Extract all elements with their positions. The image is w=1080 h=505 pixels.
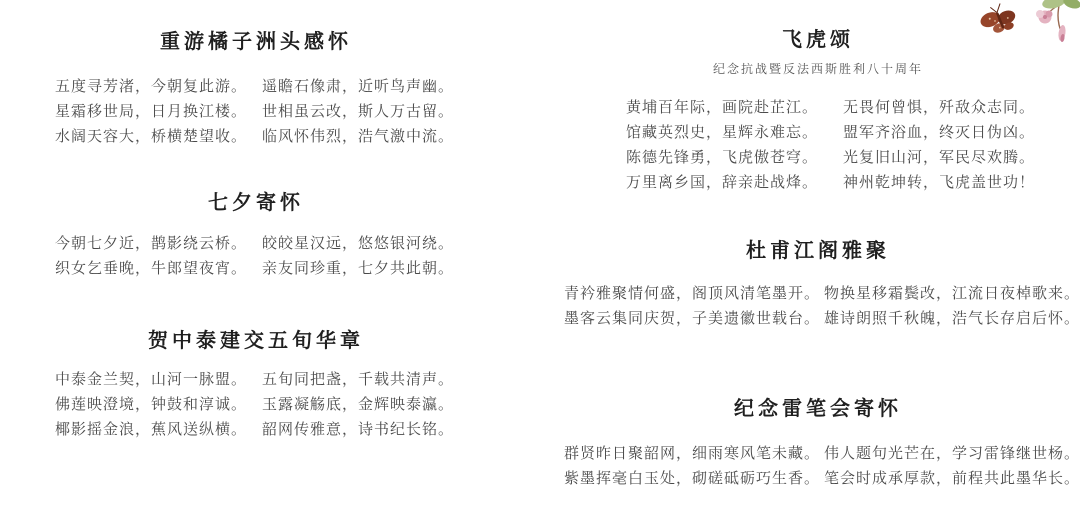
- verse-row: 墨客云集同庆贺，子美遗徽世载台。 雄诗朗照千秋魄，浩气长存启后怀。: [556, 306, 1080, 331]
- verse-phrase: 馆藏英烈史，星辉永难忘。: [626, 120, 843, 145]
- poem-verse: 群贤昨日聚韶网，细雨寒风笔未藏。 伟人题句光芒在，学习雷锋继世杨。 紫墨挥毫白玉…: [556, 441, 1080, 491]
- poem-title: 七夕寄怀: [40, 189, 472, 215]
- verse-phrase: 墨客云集同庆贺，子美遗徽世载台。: [564, 306, 824, 331]
- verse-row: 星霜移世局，日月换江楼。 世相虽云改，斯人万古留。: [40, 99, 472, 124]
- verse-phrase: 五度寻芳渚，今朝复此游。: [55, 74, 262, 99]
- verse-phrase: 星霜移世局，日月换江楼。: [55, 99, 262, 124]
- poetry-page: 重游橘子洲头感怀 五度寻芳渚，今朝复此游。 遥瞻石像肃，近听鸟声幽。 星霜移世局…: [0, 0, 1080, 505]
- verse-phrase: 物换星移霜鬓改，江流日夜棹歌来。: [824, 281, 1080, 306]
- verse-phrase: 水阔天容大，桥横楚望收。: [55, 124, 262, 149]
- verse-row: 中泰金兰契，山河一脉盟。 五旬同把盏，千载共清声。: [40, 367, 472, 392]
- poem-title: 杜甫江阁雅聚: [556, 237, 1080, 263]
- verse-phrase: 椰影摇金浪，蕉风送纵横。: [55, 417, 262, 442]
- verse-phrase: 今朝七夕近，鹊影绕云桥。: [55, 231, 262, 256]
- poem-verse: 今朝七夕近，鹊影绕云桥。 皎皎星汉远，悠悠银河绕。 织女乞垂晚，牛郎望夜宵。 亲…: [40, 231, 472, 281]
- verse-phrase: 群贤昨日聚韶网，细雨寒风笔未藏。: [564, 441, 824, 466]
- poem-title: 贺中泰建交五旬华章: [40, 327, 472, 353]
- poem-verse: 中泰金兰契，山河一脉盟。 五旬同把盏，千载共清声。 佛莲映澄境，钟鼓和淳诚。 玉…: [40, 367, 472, 442]
- verse-row: 黄埔百年际，画院赴芷江。 无畏何曾惧，歼敌众志同。: [556, 95, 1080, 120]
- verse-phrase: 中泰金兰契，山河一脉盟。: [55, 367, 262, 392]
- right-column: 飞虎颂 纪念抗战暨反法西斯胜利八十周年 黄埔百年际，画院赴芷江。 无畏何曾惧，歼…: [556, 0, 1080, 491]
- verse-phrase: 雄诗朗照千秋魄，浩气长存启后怀。: [824, 306, 1080, 331]
- verse-row: 青衿雅聚情何盛，阁顶风清笔墨开。 物换星移霜鬓改，江流日夜棹歌来。: [556, 281, 1080, 306]
- verse-phrase: 黄埔百年际，画院赴芷江。: [626, 95, 843, 120]
- verse-phrase: 陈德先锋勇，飞虎傲苍穹。: [626, 145, 843, 170]
- verse-phrase: 皎皎星汉远，悠悠银河绕。: [262, 231, 454, 256]
- verse-phrase: 青衿雅聚情何盛，阁顶风清笔墨开。: [564, 281, 824, 306]
- verse-phrase: 光复旧山河，军民尽欢腾。: [843, 145, 1035, 170]
- verse-phrase: 万里离乡国，辞亲赴战烽。: [626, 170, 843, 195]
- verse-row: 馆藏英烈史，星辉永难忘。 盟军齐浴血，终灭日伪凶。: [556, 120, 1080, 145]
- verse-phrase: 玉露凝觞底，金辉映泰瀛。: [262, 392, 454, 417]
- verse-row: 五度寻芳渚，今朝复此游。 遥瞻石像肃，近听鸟声幽。: [40, 74, 472, 99]
- verse-phrase: 亲友同珍重，七夕共此朝。: [262, 256, 454, 281]
- verse-phrase: 遥瞻石像肃，近听鸟声幽。: [262, 74, 454, 99]
- verse-row: 佛莲映澄境，钟鼓和淳诚。 玉露凝觞底，金辉映泰瀛。: [40, 392, 472, 417]
- verse-phrase: 盟军齐浴血，终灭日伪凶。: [843, 120, 1035, 145]
- verse-row: 陈德先锋勇，飞虎傲苍穹。 光复旧山河，军民尽欢腾。: [556, 145, 1080, 170]
- verse-row: 群贤昨日聚韶网，细雨寒风笔未藏。 伟人题句光芒在，学习雷锋继世杨。: [556, 441, 1080, 466]
- poem-verse: 黄埔百年际，画院赴芷江。 无畏何曾惧，歼敌众志同。 馆藏英烈史，星辉永难忘。 盟…: [556, 95, 1080, 195]
- poem-chongyou-juzizhou: 重游橘子洲头感怀 五度寻芳渚，今朝复此游。 遥瞻石像肃，近听鸟声幽。 星霜移世局…: [40, 28, 472, 149]
- verse-phrase: 世相虽云改，斯人万古留。: [262, 99, 454, 124]
- poem-verse: 青衿雅聚情何盛，阁顶风清笔墨开。 物换星移霜鬓改，江流日夜棹歌来。 墨客云集同庆…: [556, 281, 1080, 331]
- verse-row: 今朝七夕近，鹊影绕云桥。 皎皎星汉远，悠悠银河绕。: [40, 231, 472, 256]
- poem-zhongtai-jianjiao: 贺中泰建交五旬华章 中泰金兰契，山河一脉盟。 五旬同把盏，千载共清声。 佛莲映澄…: [40, 327, 472, 442]
- poem-title: 纪念雷笔会寄怀: [556, 395, 1080, 421]
- poem-title: 重游橘子洲头感怀: [40, 28, 472, 54]
- verse-phrase: 临风怀伟烈，浩气激中流。: [262, 124, 454, 149]
- verse-row: 椰影摇金浪，蕉风送纵横。 韶网传雅意，诗书纪长铭。: [40, 417, 472, 442]
- verse-phrase: 神州乾坤转，飞虎盖世功！: [843, 170, 1035, 195]
- verse-row: 织女乞垂晚，牛郎望夜宵。 亲友同珍重，七夕共此朝。: [40, 256, 472, 281]
- verse-phrase: 织女乞垂晚，牛郎望夜宵。: [55, 256, 262, 281]
- left-column: 重游橘子洲头感怀 五度寻芳渚，今朝复此游。 遥瞻石像肃，近听鸟声幽。 星霜移世局…: [40, 0, 472, 442]
- poem-jinian-leibihui: 纪念雷笔会寄怀 群贤昨日聚韶网，细雨寒风笔未藏。 伟人题句光芒在，学习雷锋继世杨…: [556, 395, 1080, 491]
- verse-phrase: 五旬同把盏，千载共清声。: [262, 367, 454, 392]
- verse-phrase: 韶网传雅意，诗书纪长铭。: [262, 417, 454, 442]
- poem-title: 飞虎颂: [556, 26, 1080, 52]
- verse-phrase: 紫墨挥毫白玉处，砌磋砥砺巧生香。: [564, 466, 824, 491]
- poem-subtitle: 纪念抗战暨反法西斯胜利八十周年: [556, 61, 1080, 77]
- poem-dufu-jiangge: 杜甫江阁雅聚 青衿雅聚情何盛，阁顶风清笔墨开。 物换星移霜鬓改，江流日夜棹歌来。…: [556, 237, 1080, 331]
- verse-phrase: 无畏何曾惧，歼敌众志同。: [843, 95, 1035, 120]
- verse-row: 水阔天容大，桥横楚望收。 临风怀伟烈，浩气激中流。: [40, 124, 472, 149]
- verse-phrase: 笔会时成承厚款，前程共此墨华长。: [824, 466, 1080, 491]
- verse-row: 紫墨挥毫白玉处，砌磋砥砺巧生香。 笔会时成承厚款，前程共此墨华长。: [556, 466, 1080, 491]
- poem-qixi-jihuai: 七夕寄怀 今朝七夕近，鹊影绕云桥。 皎皎星汉远，悠悠银河绕。 织女乞垂晚，牛郎望…: [40, 189, 472, 281]
- verse-phrase: 佛莲映澄境，钟鼓和淳诚。: [55, 392, 262, 417]
- verse-row: 万里离乡国，辞亲赴战烽。 神州乾坤转，飞虎盖世功！: [556, 170, 1080, 195]
- verse-phrase: 伟人题句光芒在，学习雷锋继世杨。: [824, 441, 1080, 466]
- poem-verse: 五度寻芳渚，今朝复此游。 遥瞻石像肃，近听鸟声幽。 星霜移世局，日月换江楼。 世…: [40, 74, 472, 149]
- poem-feihu-song: 飞虎颂 纪念抗战暨反法西斯胜利八十周年 黄埔百年际，画院赴芷江。 无畏何曾惧，歼…: [556, 26, 1080, 195]
